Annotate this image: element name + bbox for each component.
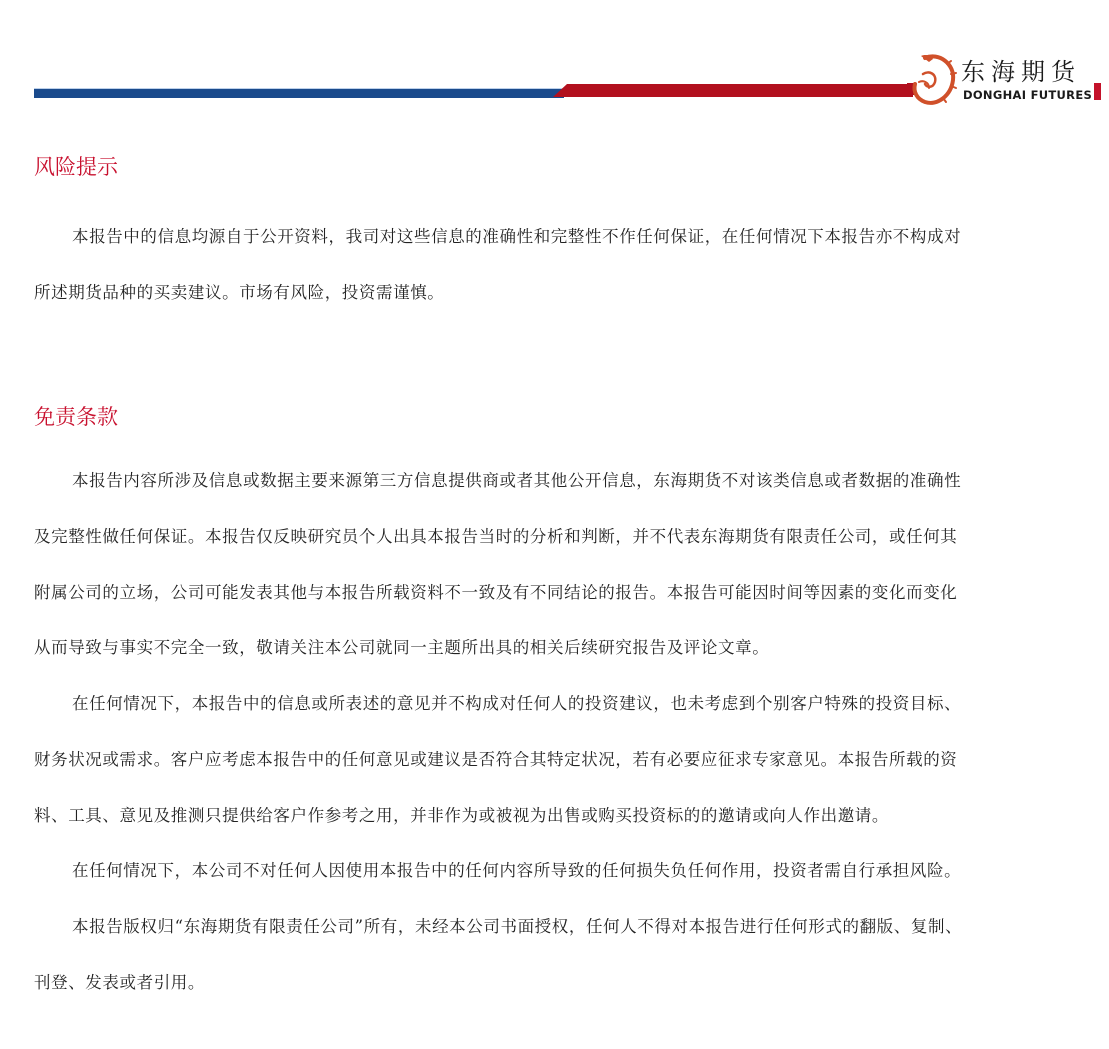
- paragraph-line: 及完整性做任何保证。本报告仅反映研究员个人出具本报告当时的分析和判断，并不代表东…: [34, 525, 957, 549]
- section-title-disclaimer: 免责条款: [34, 403, 118, 431]
- paragraph-line: 刊登、发表或者引用。: [34, 971, 205, 995]
- paragraph-line: 附属公司的立场，公司可能发表其他与本报告所载资料不一致及有不同结论的报告。本报告…: [34, 581, 957, 605]
- section-title-risk-warning: 风险提示: [34, 153, 118, 181]
- paragraph-line: 本报告中的信息均源自于公开资料，我司对这些信息的准确性和完整性不作任何保证，在任…: [72, 225, 961, 249]
- logo-name-en: DONGHAI FUTURES: [963, 88, 1092, 102]
- header-bar-blue: [34, 88, 564, 98]
- paragraph-line: 从而导致与事实不完全一致，敬请关注本公司就同一主题所出具的相关后续研究报告及评论…: [34, 636, 769, 660]
- company-logo: 东海期货 DONGHAI FUTURES: [907, 52, 1102, 110]
- logo-name-cn: 东海期货: [961, 58, 1081, 86]
- paragraph-line: 本报告内容所涉及信息或数据主要来源第三方信息提供商或者其他公开信息，东海期货不对…: [72, 469, 961, 493]
- paragraph-line: 财务状况或需求。客户应考虑本报告中的任何意见或建议是否符合其特定状况，若有必要应…: [34, 748, 957, 772]
- header-bar-red: [553, 84, 913, 97]
- page-header: 东海期货 DONGHAI FUTURES: [0, 0, 1109, 120]
- paragraph-line: 本报告版权归“东海期货有限责任公司”所有，未经本公司书面授权，任何人不得对本报告…: [72, 915, 962, 939]
- paragraph-line: 在任何情况下，本公司不对任何人因使用本报告中的任何内容所导致的任何损失负任何作用…: [72, 859, 961, 883]
- dragon-logo-icon: [907, 52, 959, 108]
- paragraph-line: 所述期货品种的买卖建议。市场有风险，投资需谨慎。: [34, 281, 444, 305]
- paragraph-line: 在任何情况下，本报告中的信息或所表述的意见并不构成对任何人的投资建议，也未考虑到…: [72, 692, 961, 716]
- paragraph-line: 料、工具、意见及推测只提供给客户作参考之用，并非作为或被视为出售或购买投资标的的…: [34, 804, 889, 828]
